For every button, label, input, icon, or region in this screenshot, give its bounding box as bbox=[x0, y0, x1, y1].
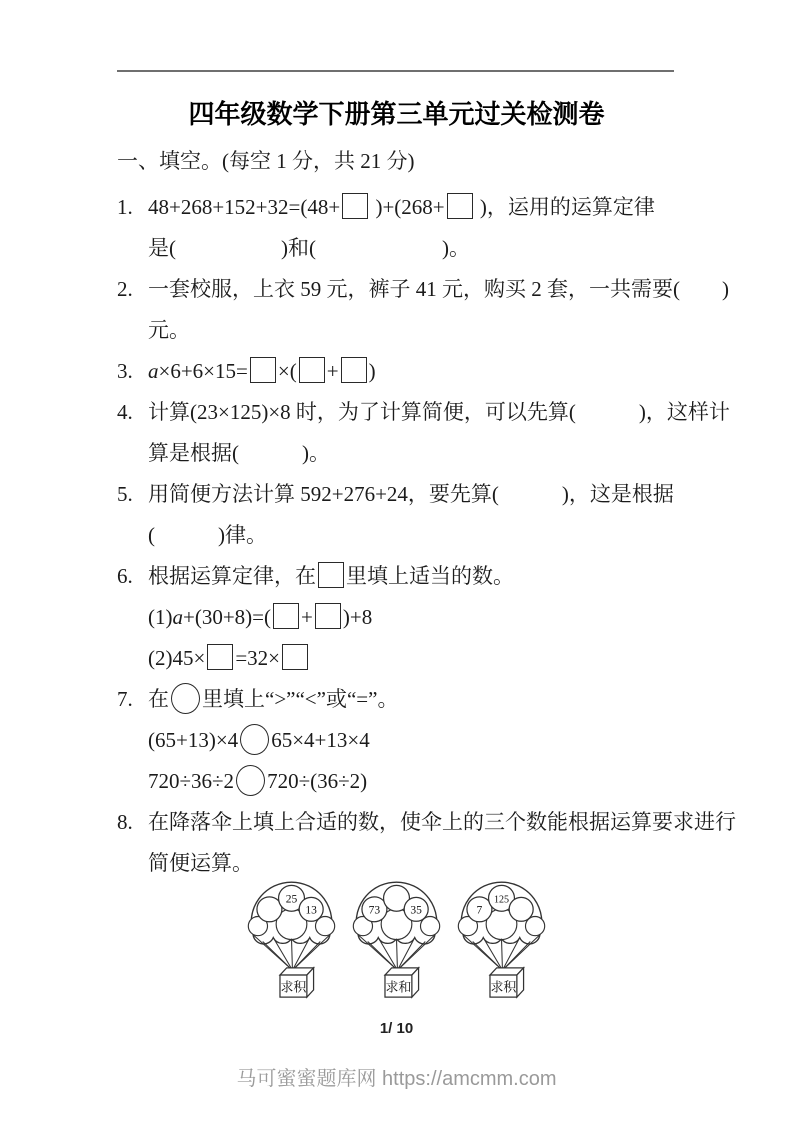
question-line: 720÷36÷2720÷(36÷2) bbox=[117, 761, 736, 802]
question: 2.一套校服，上衣 59 元，裤子 41 元，购买 2 套，一共需要( )元。 bbox=[117, 269, 736, 351]
parachute-number: 125 bbox=[494, 895, 509, 906]
fill-box bbox=[207, 644, 233, 670]
question-text: 65×4+13×4 bbox=[271, 728, 370, 752]
question-text: )，运用的运算定律 bbox=[475, 195, 655, 219]
question-text: (1) bbox=[148, 605, 173, 629]
question-text: 一套校服，上衣 59 元，裤子 41 元，购买 2 套，一共需要( ) bbox=[148, 277, 729, 301]
question-number: 7. bbox=[117, 679, 133, 720]
question-text: 720÷36÷2 bbox=[148, 769, 234, 793]
cargo-box: 求积 bbox=[490, 968, 524, 997]
question-line: ( )律。 bbox=[117, 515, 736, 556]
question-text: 720÷(36÷2) bbox=[267, 769, 367, 793]
fill-box bbox=[341, 357, 367, 383]
fill-box bbox=[318, 562, 344, 588]
parachute-row: 2513求积7335求和7125求积 bbox=[0, 881, 793, 1000]
question-line: 4.计算(23×125)×8 时，为了计算简便，可以先算( )，这样计 bbox=[117, 392, 736, 433]
suspension-line bbox=[502, 939, 503, 971]
question-line: 1.48+268+152+32=(48+ )+(268+ )，运用的运算定律 bbox=[117, 187, 736, 228]
parachute-figure: 7335求和 bbox=[346, 881, 447, 1000]
question-text: 里填上“>”“<”或“=”。 bbox=[202, 687, 398, 711]
question-line: 5.用简便方法计算 592+276+24，要先算( )，这是根据 bbox=[117, 474, 736, 515]
compare-circle bbox=[240, 724, 269, 755]
question-line: 6.根据运算定律，在里填上适当的数。 bbox=[117, 556, 736, 597]
question-text: (2)45× bbox=[148, 646, 205, 670]
question-text: ) bbox=[369, 359, 376, 383]
page-title: 四年级数学下册第三单元过关检测卷 bbox=[0, 98, 793, 130]
question-text: =32× bbox=[235, 646, 280, 670]
fill-box bbox=[447, 193, 473, 219]
fill-box bbox=[282, 644, 308, 670]
question-text: 用简便方法计算 592+276+24，要先算( )，这是根据 bbox=[148, 482, 674, 506]
cargo-box: 求和 bbox=[385, 968, 419, 997]
question-text: 在 bbox=[148, 687, 169, 711]
question-line: 简便运算。 bbox=[117, 843, 736, 884]
question-text: 里填上适当的数。 bbox=[346, 564, 514, 588]
question-text: 计算(23×125)×8 时，为了计算简便，可以先算( )，这样计 bbox=[148, 400, 730, 424]
fill-box bbox=[250, 357, 276, 383]
question-line: 2.一套校服，上衣 59 元，裤子 41 元，购买 2 套，一共需要( ) bbox=[117, 269, 736, 310]
parachute-number: 73 bbox=[369, 905, 381, 917]
question-line: (65+13)×465×4+13×4 bbox=[117, 720, 736, 761]
compare-circle bbox=[236, 765, 265, 796]
question-text: +(30+8)=( bbox=[183, 605, 271, 629]
suspension-line bbox=[292, 939, 293, 971]
question-line: 7.在里填上“>”“<”或“=”。 bbox=[117, 679, 736, 720]
question-text: 元。 bbox=[148, 318, 190, 342]
parachute-number: 13 bbox=[305, 905, 317, 917]
question-text: a bbox=[173, 605, 184, 629]
cargo-box-label: 求和 bbox=[385, 979, 411, 994]
question-line: 3.a×6+6×15=×(+) bbox=[117, 351, 736, 392]
question-text: ×( bbox=[278, 359, 297, 383]
section-heading: 一、填空。(每空 1 分，共 21 分) bbox=[117, 147, 415, 175]
question-text: ( )律。 bbox=[148, 523, 267, 547]
parachute-number: 7 bbox=[477, 905, 483, 917]
question-number: 3. bbox=[117, 351, 133, 392]
question-text: 48+268+152+32=(48+ bbox=[148, 195, 340, 219]
question-number: 1. bbox=[117, 187, 133, 228]
question-text: 在降落伞上填上合适的数，使伞上的三个数能根据运算要求进行 bbox=[148, 810, 736, 834]
question-text: 简便运算。 bbox=[148, 851, 253, 875]
question: 6.根据运算定律，在里填上适当的数。(1)a+(30+8)=(+)+8(2)45… bbox=[117, 556, 736, 679]
parachute-figure: 7125求积 bbox=[451, 881, 552, 1000]
header-rule bbox=[117, 70, 674, 72]
question-text: ×6+6×15= bbox=[159, 359, 248, 383]
question: 5.用简便方法计算 592+276+24，要先算( )，这是根据( )律。 bbox=[117, 474, 736, 556]
question: 7.在里填上“>”“<”或“=”。(65+13)×465×4+13×4720÷3… bbox=[117, 679, 736, 802]
question: 1.48+268+152+32=(48+ )+(268+ )，运用的运算定律是(… bbox=[117, 187, 736, 269]
worksheet-page: 四年级数学下册第三单元过关检测卷 一、填空。(每空 1 分，共 21 分) 1.… bbox=[0, 0, 793, 1122]
question-text: )+8 bbox=[343, 605, 372, 629]
question-line: 元。 bbox=[117, 310, 736, 351]
question-text: 根据运算定律，在 bbox=[148, 564, 316, 588]
question-number: 6. bbox=[117, 556, 133, 597]
cargo-box: 求积 bbox=[280, 968, 314, 997]
suspension-line bbox=[397, 939, 398, 971]
question-line: 算是根据( )。 bbox=[117, 433, 736, 474]
question-text: (65+13)×4 bbox=[148, 728, 238, 752]
parachute-number: 35 bbox=[410, 905, 422, 917]
question-text: 算是根据( )。 bbox=[148, 441, 330, 465]
parachute-blank-circle bbox=[509, 897, 533, 921]
question: 4.计算(23×125)×8 时，为了计算简便，可以先算( )，这样计算是根据(… bbox=[117, 392, 736, 474]
question-line: 是( )和( )。 bbox=[117, 228, 736, 269]
question: 3.a×6+6×15=×(+) bbox=[117, 351, 736, 392]
question-number: 4. bbox=[117, 392, 133, 433]
questions-list: 1.48+268+152+32=(48+ )+(268+ )，运用的运算定律是(… bbox=[117, 187, 736, 884]
fill-box bbox=[273, 603, 299, 629]
cargo-box-label: 求积 bbox=[280, 979, 307, 994]
question-line: (2)45×=32× bbox=[117, 638, 736, 679]
question-number: 5. bbox=[117, 474, 133, 515]
question-text: + bbox=[301, 605, 313, 629]
fill-box bbox=[315, 603, 341, 629]
question-line: (1)a+(30+8)=(+)+8 bbox=[117, 597, 736, 638]
question-text: + bbox=[327, 359, 339, 383]
compare-circle bbox=[171, 683, 200, 714]
fill-box bbox=[299, 357, 325, 383]
page-number: 1/ 10 bbox=[0, 1020, 793, 1037]
fill-box bbox=[342, 193, 368, 219]
question-number: 2. bbox=[117, 269, 133, 310]
question-number: 8. bbox=[117, 802, 133, 843]
question-text: 是( )和( )。 bbox=[148, 236, 470, 260]
question-line: 8.在降落伞上填上合适的数，使伞上的三个数能根据运算要求进行 bbox=[117, 802, 736, 843]
site-footer: 马可蜜蜜题库网 https://amcmm.com bbox=[0, 1062, 793, 1091]
parachute-figure: 2513求积 bbox=[241, 881, 342, 1000]
question: 8.在降落伞上填上合适的数，使伞上的三个数能根据运算要求进行简便运算。 bbox=[117, 802, 736, 884]
cargo-box-label: 求积 bbox=[490, 979, 517, 994]
question-text: )+(268+ bbox=[370, 195, 444, 219]
question-text: a bbox=[148, 359, 159, 383]
parachute-number: 25 bbox=[286, 894, 298, 906]
